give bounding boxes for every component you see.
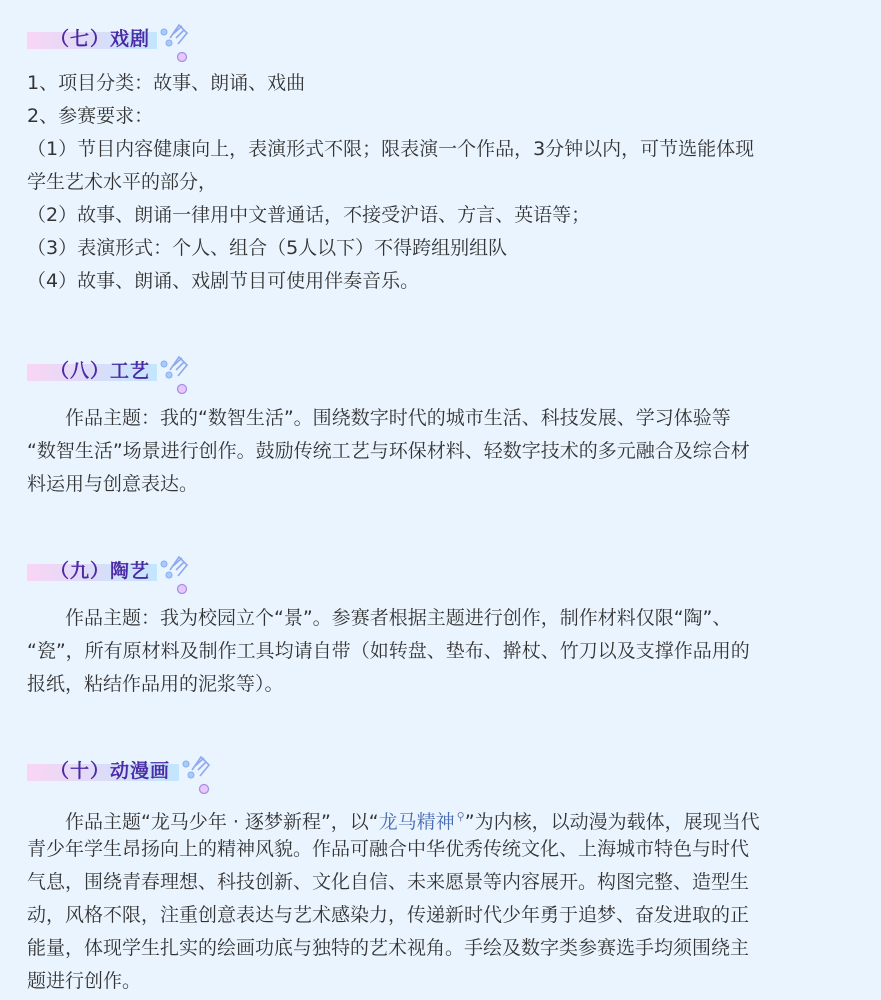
text-line: 题进行创作。 <box>27 965 857 998</box>
section-title: （八）工艺 <box>50 356 150 383</box>
intro-text: ”为内核，以动漫为载体，展现当代 <box>465 811 760 833</box>
text-line-with-link: 作品主题“龙马少年 · 逐梦新程”，以“龙马精神⚲”为内核，以动漫为载体，展现当… <box>27 800 857 833</box>
text-line: “瓷”，所有原材料及制作工具均请自带（如转盘、垫布、擀杖、竹刀以及支撑作品用的 <box>27 635 857 668</box>
section-body-ceramics: 作品主题：我为校园立个“景”。参赛者根据主题进行创作，制作材料仅限“陶”、 “瓷… <box>27 602 857 701</box>
text-line: 气息，围绕青春理想、科技创新、文化自信、未来愿景等内容展开。构图完整、造型生 <box>27 866 857 899</box>
music-note-icon <box>157 348 193 394</box>
intro-text: 作品主题“龙马少年 · 逐梦新程”，以“ <box>27 811 379 833</box>
section-body-craft: 作品主题：我的“数智生活”。围绕数字时代的城市生活、科技发展、学习体验等 “数智… <box>27 402 857 501</box>
text-line: 作品主题：我的“数智生活”。围绕数字时代的城市生活、科技发展、学习体验等 <box>27 402 857 435</box>
text-line: （2）故事、朗诵一律用中文普通话，不接受沪语、方言、英语等； <box>27 199 857 232</box>
text-line: （3）表演形式：个人、组合（5人以下）不得跨组别组队 <box>27 232 857 265</box>
section-heading-craft: （八）工艺 <box>27 342 227 382</box>
section-body-drama: 1、项目分类：故事、朗诵、戏曲 2、参赛要求： （1）节目内容健康向上，表演形式… <box>27 67 857 298</box>
search-icon[interactable]: ⚲ <box>457 800 465 833</box>
text-line: “数智生活”场景进行创作。鼓励传统工艺与环保材料、轻数字技术的多元融合及综合材 <box>27 435 857 468</box>
text-line: 1、项目分类：故事、朗诵、戏曲 <box>27 67 857 100</box>
section-body-animation: 作品主题“龙马少年 · 逐梦新程”，以“龙马精神⚲”为内核，以动漫为载体，展现当… <box>27 800 857 998</box>
keyword-link[interactable]: 龙马精神 <box>379 811 455 833</box>
text-line: （4）故事、朗诵、戏剧节目可使用伴奏音乐。 <box>27 265 857 298</box>
text-line: 报纸，粘结作品用的泥浆等）。 <box>27 668 857 701</box>
text-line: 2、参赛要求： <box>27 100 857 133</box>
music-note-icon <box>157 548 193 594</box>
section-heading-drama: （七）戏剧 <box>27 10 227 50</box>
section-title: （七）戏剧 <box>50 24 150 51</box>
music-note-icon <box>157 16 193 62</box>
text-line: 能量，体现学生扎实的绘画功底与独特的艺术视角。手绘及数字类参赛选手均须围绕主 <box>27 932 857 965</box>
text-line: 青少年学生昂扬向上的精神风貌。作品可融合中华优秀传统文化、上海城市特色与时代 <box>27 833 857 866</box>
section-heading-ceramics: （九）陶艺 <box>27 542 227 582</box>
section-heading-animation: （十）动漫画 <box>27 742 227 782</box>
text-line: 作品主题：我为校园立个“景”。参赛者根据主题进行创作，制作材料仅限“陶”、 <box>27 602 857 635</box>
text-line: 学生艺术水平的部分， <box>27 166 857 199</box>
text-line: （1）节目内容健康向上，表演形式不限；限表演一个作品，3分钟以内，可节选能体现 <box>27 133 857 166</box>
music-note-icon <box>179 748 215 794</box>
text-line: 料运用与创意表达。 <box>27 468 857 501</box>
text-line: 动，风格不限，注重创意表达与艺术感染力，传递新时代少年勇于追梦、奋发进取的正 <box>27 899 857 932</box>
section-title: （十）动漫画 <box>50 756 170 783</box>
section-title: （九）陶艺 <box>50 556 150 583</box>
